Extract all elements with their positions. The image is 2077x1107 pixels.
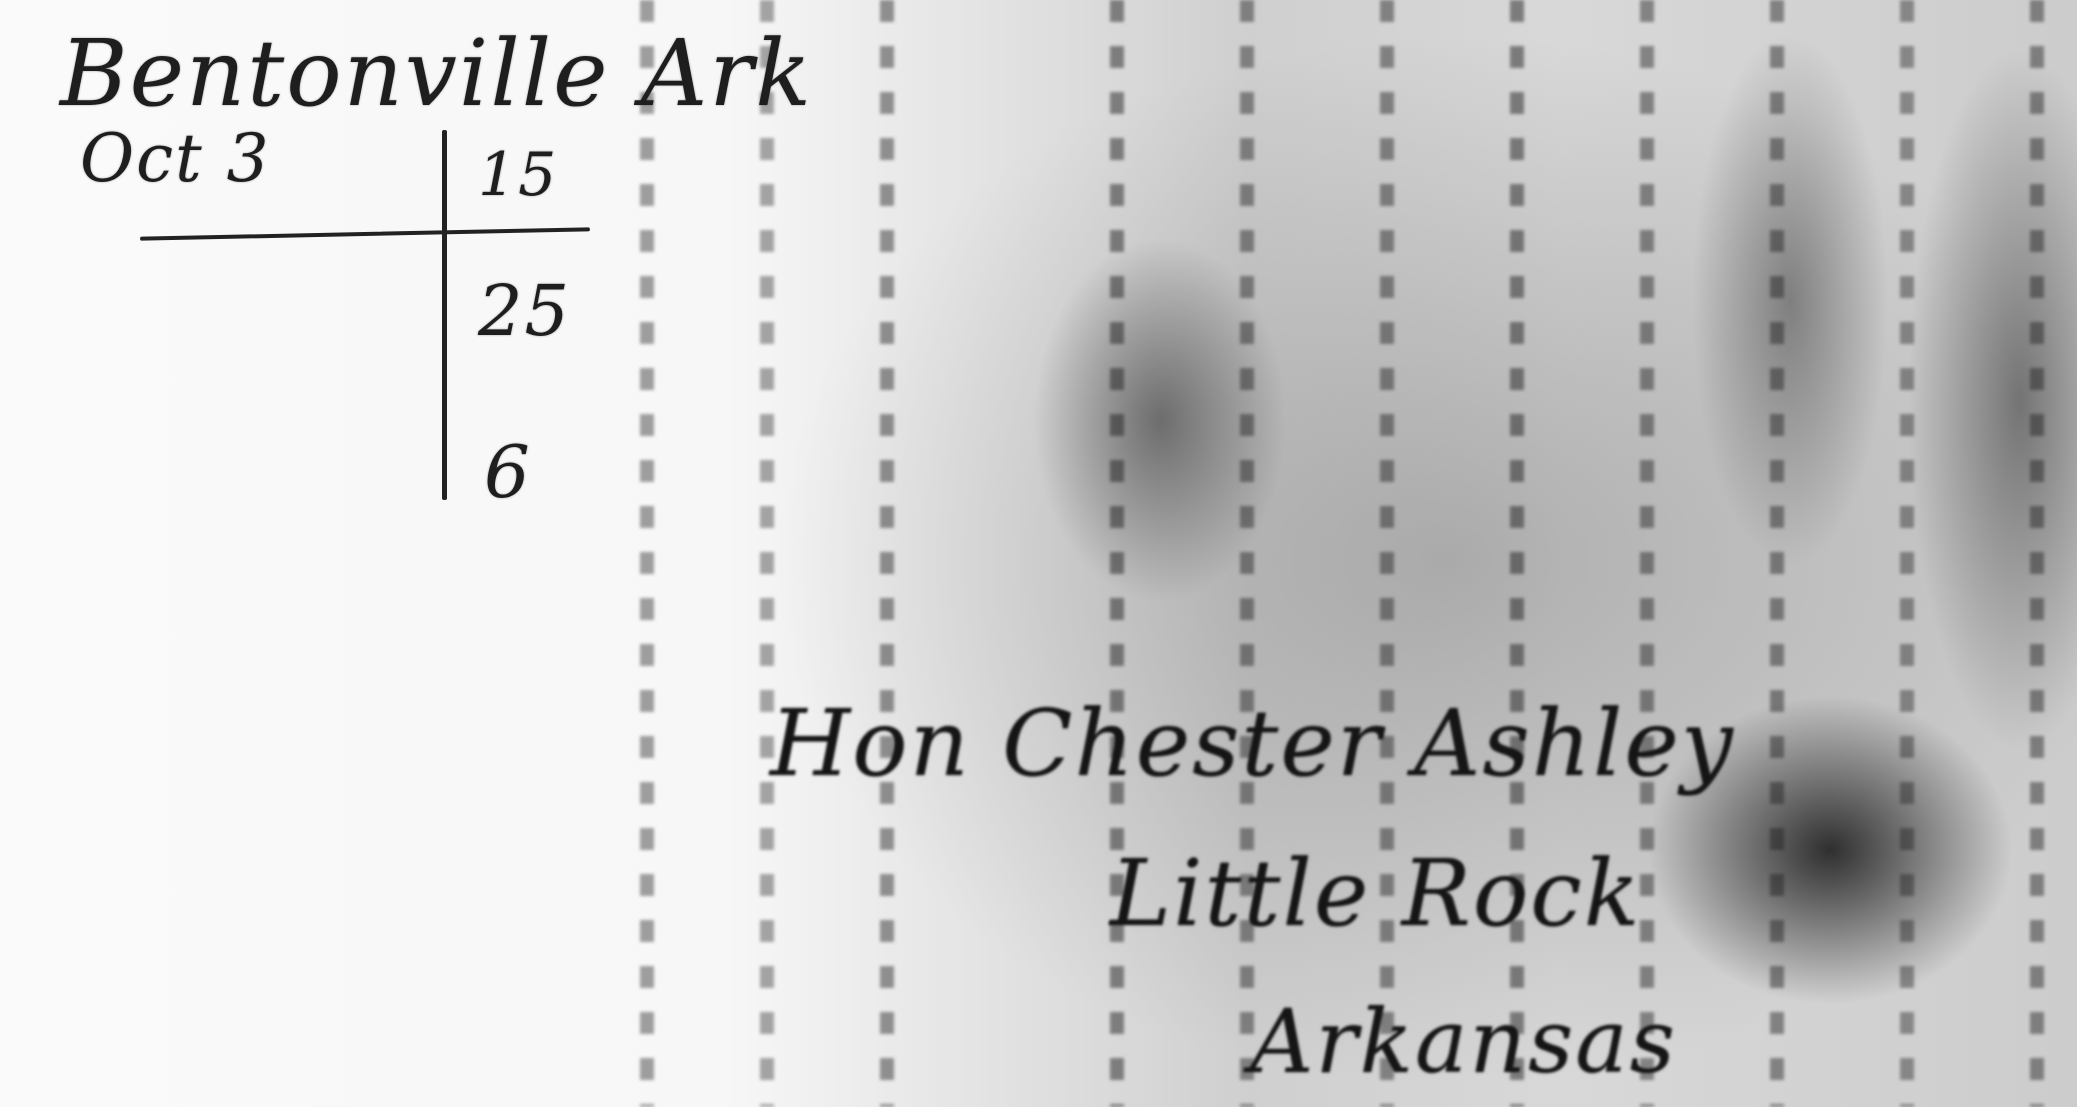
- postmark-date: Oct 3: [80, 120, 271, 197]
- scanned-paper-background: [0, 0, 2077, 1107]
- postmark-divider: [442, 130, 447, 500]
- address-line-3: Arkansas: [1250, 990, 1677, 1093]
- postmark-place: Bentonville Ark: [60, 20, 813, 127]
- rate-mark-3: 6: [484, 430, 532, 514]
- rate-mark-1: 15: [478, 140, 558, 210]
- address-line-1: Hon Chester Ashley: [770, 690, 1735, 797]
- rate-mark-2: 25: [478, 270, 571, 352]
- address-line-2: Little Rock: [1110, 840, 1642, 947]
